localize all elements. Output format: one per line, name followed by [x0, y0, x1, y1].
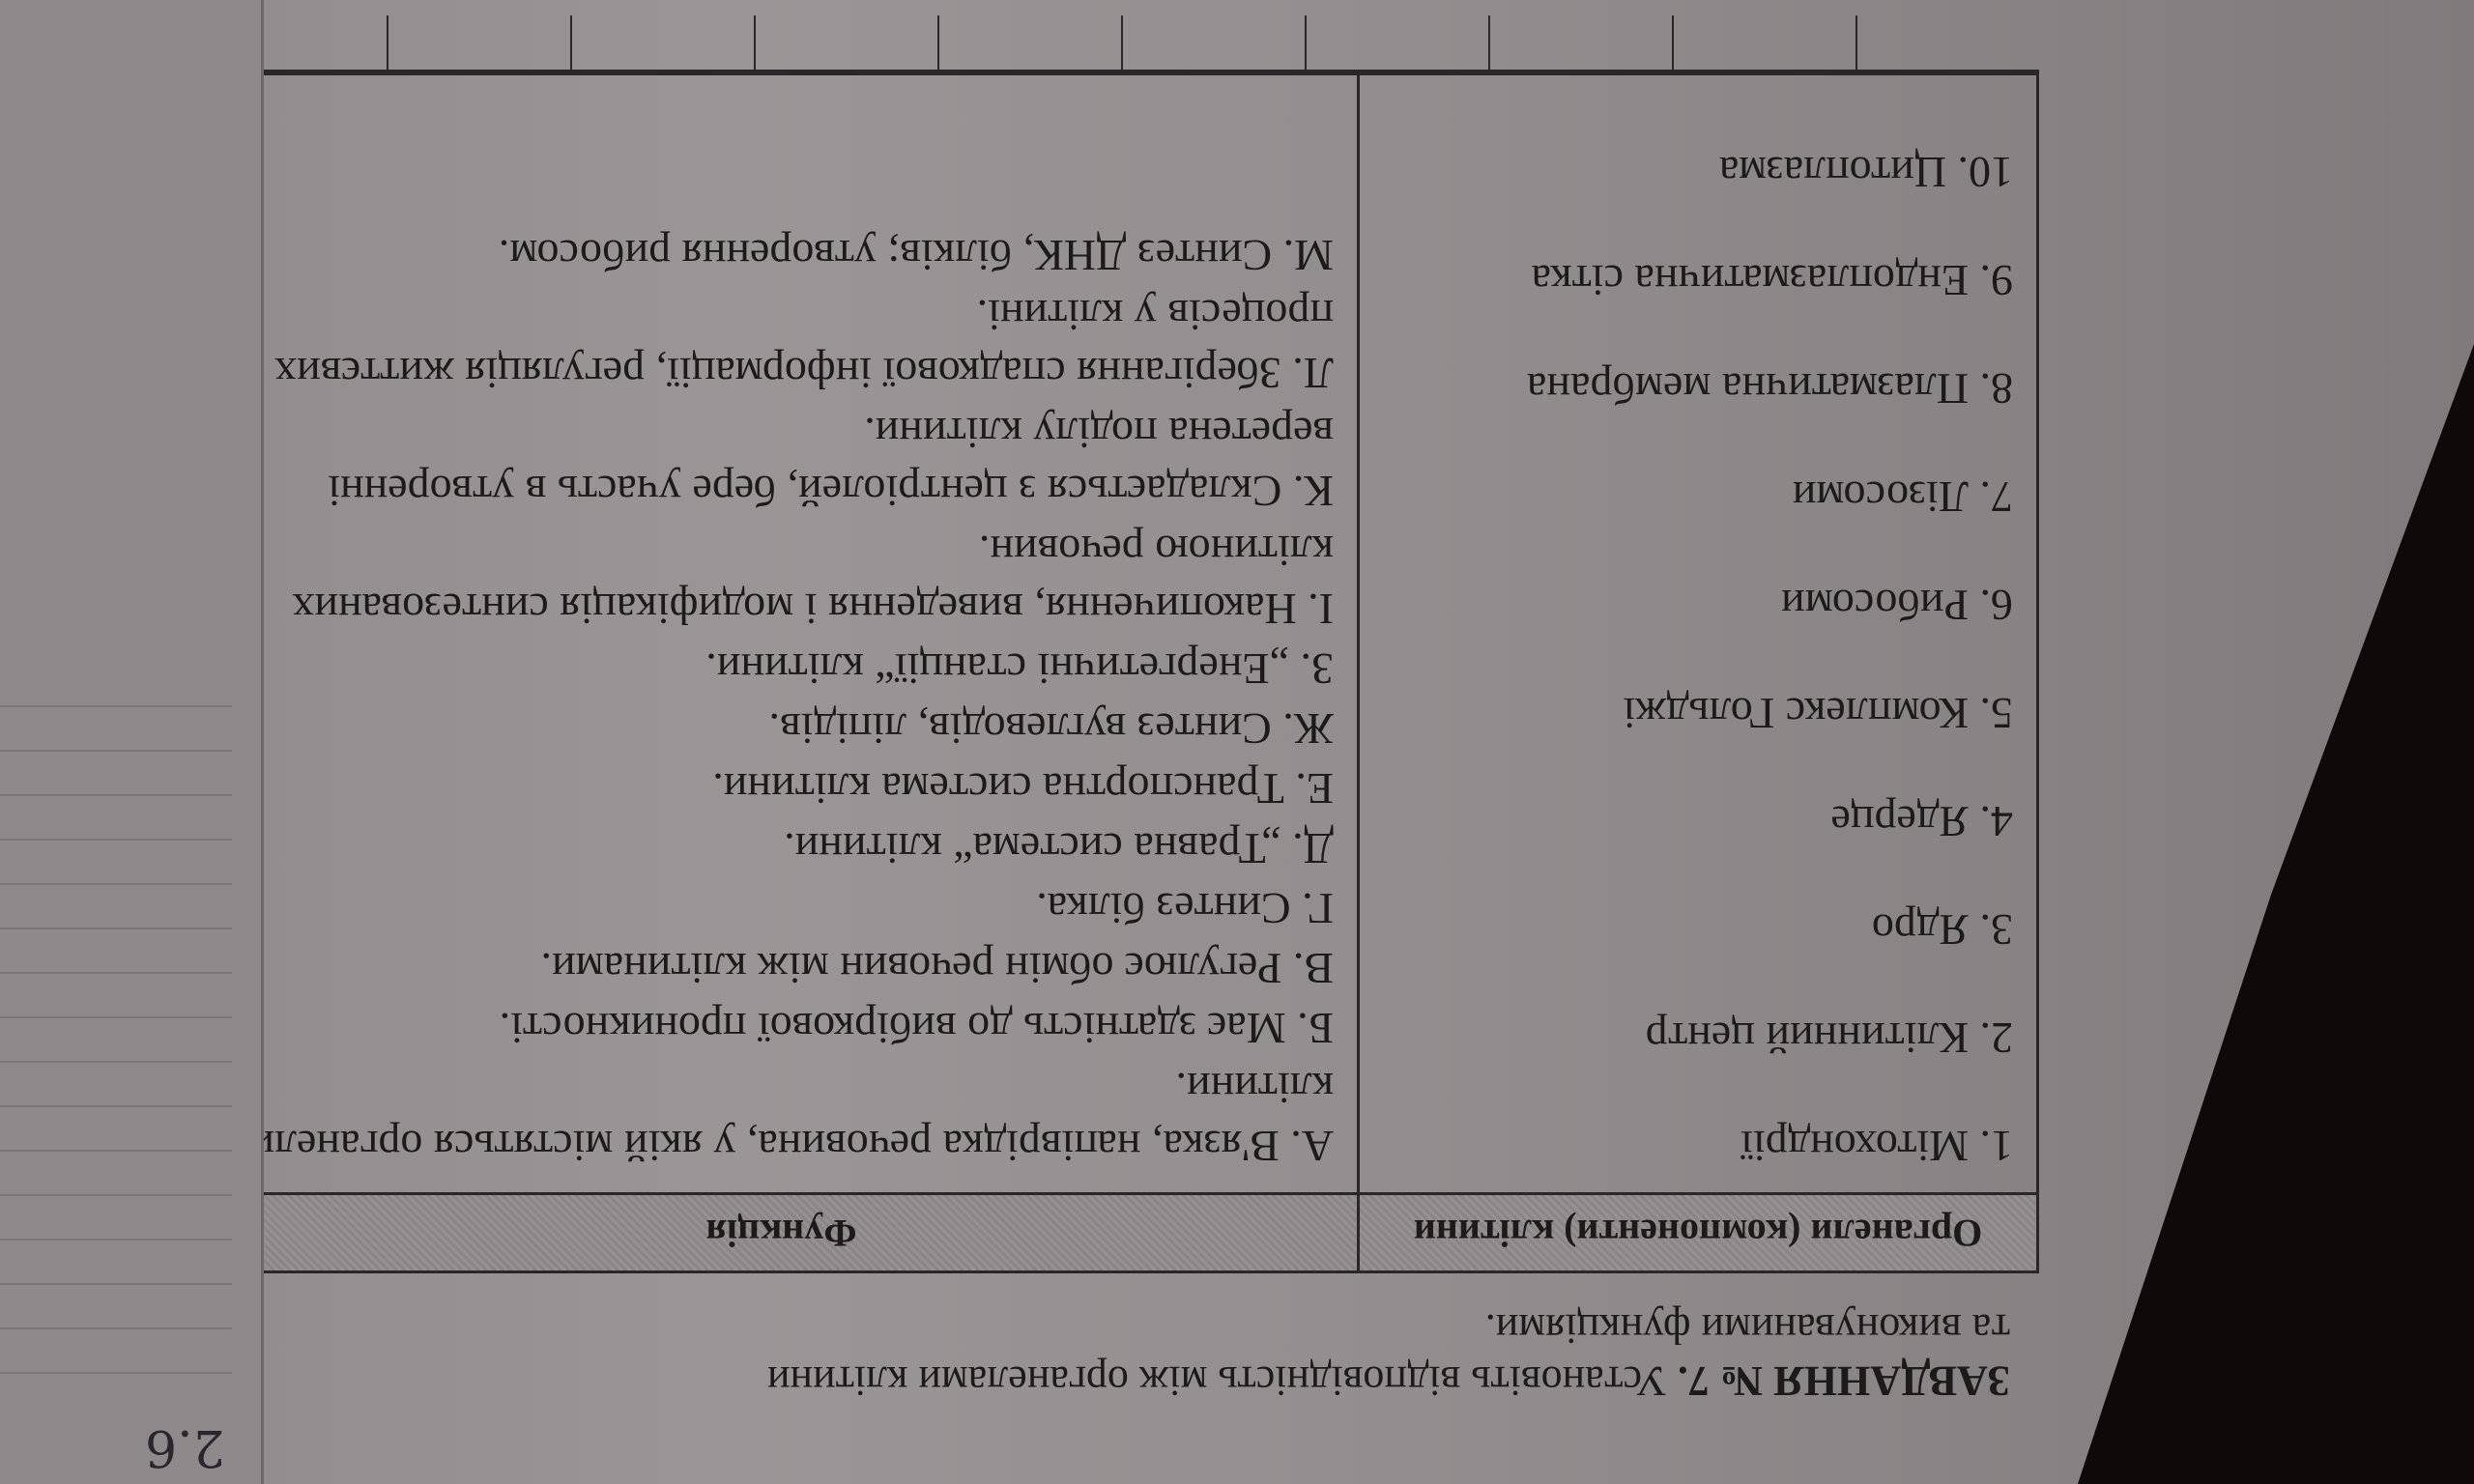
answer-cell: [754, 15, 937, 70]
answer-cell: [1121, 15, 1305, 70]
function-item: Д. „Травна система“ клітини.: [229, 819, 1334, 877]
function-item: Л. Зберігання спадкової інформації, регу…: [229, 286, 1334, 402]
organelle-item: 5. Комплекс Гольджі: [1383, 684, 2013, 742]
function-item: Ж. Синтез вуглеводів, ліпідів.: [229, 699, 1334, 757]
organelle-list: 1. Мітохондрії2. Клітинний центр3. Ядро4…: [1383, 143, 2013, 1175]
organelle-item: 3. Ядро: [1383, 900, 2013, 958]
answer-cell: [1672, 15, 1855, 70]
organelle-item: 10. Цитоплазма: [1383, 143, 2013, 201]
function-item: К. Складається з центріолей, бере участь…: [229, 404, 1334, 520]
function-item: М. Синтез ДНК, білків; утворення рибосом…: [229, 226, 1334, 284]
answer-cell: [387, 15, 570, 70]
margin-note: 2.6: [145, 1418, 225, 1476]
function-item: Б. Має здатність до вибіркової проникнос…: [229, 999, 1334, 1057]
function-item: Г. Синтез білка.: [229, 879, 1334, 937]
notebook-page-edge: 2.6: [0, 0, 264, 1484]
task-label: ЗАВДАННЯ № 7.: [1678, 1357, 2010, 1405]
notebook-ruled-lines: [0, 663, 232, 1397]
function-column: А. В'язка, напіврідка речовина, у якій м…: [205, 74, 1359, 1194]
textbook-page: ЗАВДАННЯ № 7. Установіть відповідність м…: [0, 0, 2474, 1484]
function-item: В. Регулює обмін речовин між клітинами.: [229, 939, 1334, 997]
organelle-item: 7. Лізосоми: [1383, 468, 2013, 526]
answer-cell: [937, 15, 1121, 70]
function-item: І. Накопичення, виведення і модифікація …: [229, 522, 1334, 638]
function-item: З. „Енергетичні станції“ клітини.: [229, 640, 1334, 698]
header-organelles: Органели (компоненти) клітини: [1359, 1194, 2038, 1272]
matching-table: Органели (компоненти) клітини Функція 1.…: [203, 72, 2039, 1273]
organelle-item: 8. Плазматична мембрана: [1383, 359, 2013, 417]
organelle-item: 4. Ядерце: [1383, 792, 2013, 850]
function-list: А. В'язка, напіврідка речовина, у якій м…: [229, 226, 1334, 1175]
worksheet-photo: ЗАВДАННЯ № 7. Установіть відповідність м…: [0, 0, 2474, 1484]
answer-grid: [203, 15, 2039, 72]
answer-cell: [570, 15, 754, 70]
task-text-line2: та виконуваними функціями.: [1485, 1305, 2010, 1353]
function-item: А. В'язка, напіврідка речовина, у якій м…: [229, 1059, 1334, 1175]
organelle-item: 6. Рибосоми: [1383, 576, 2013, 634]
task-text-line1: Установіть відповідність між органелами …: [767, 1357, 1667, 1405]
header-function: Функція: [205, 1194, 1359, 1272]
function-item: Е. Транспортна система клітини.: [229, 759, 1334, 817]
answer-cell: [1488, 15, 1672, 70]
answer-cell: [1305, 15, 1488, 70]
organelle-item: 2. Клітинний центр: [1383, 1009, 2013, 1067]
organelle-item: 1. Мітохондрії: [1383, 1117, 2013, 1175]
answer-cell: [1855, 15, 2039, 70]
organelle-column: 1. Мітохондрії2. Клітинний центр3. Ядро4…: [1359, 74, 2038, 1194]
task-heading: ЗАВДАННЯ № 7. Установіть відповідність м…: [174, 1302, 2010, 1407]
organelle-item: 9. Ендоплазматична сітка: [1383, 251, 2013, 309]
page-content: ЗАВДАННЯ № 7. Установіть відповідність м…: [174, 15, 2068, 1407]
